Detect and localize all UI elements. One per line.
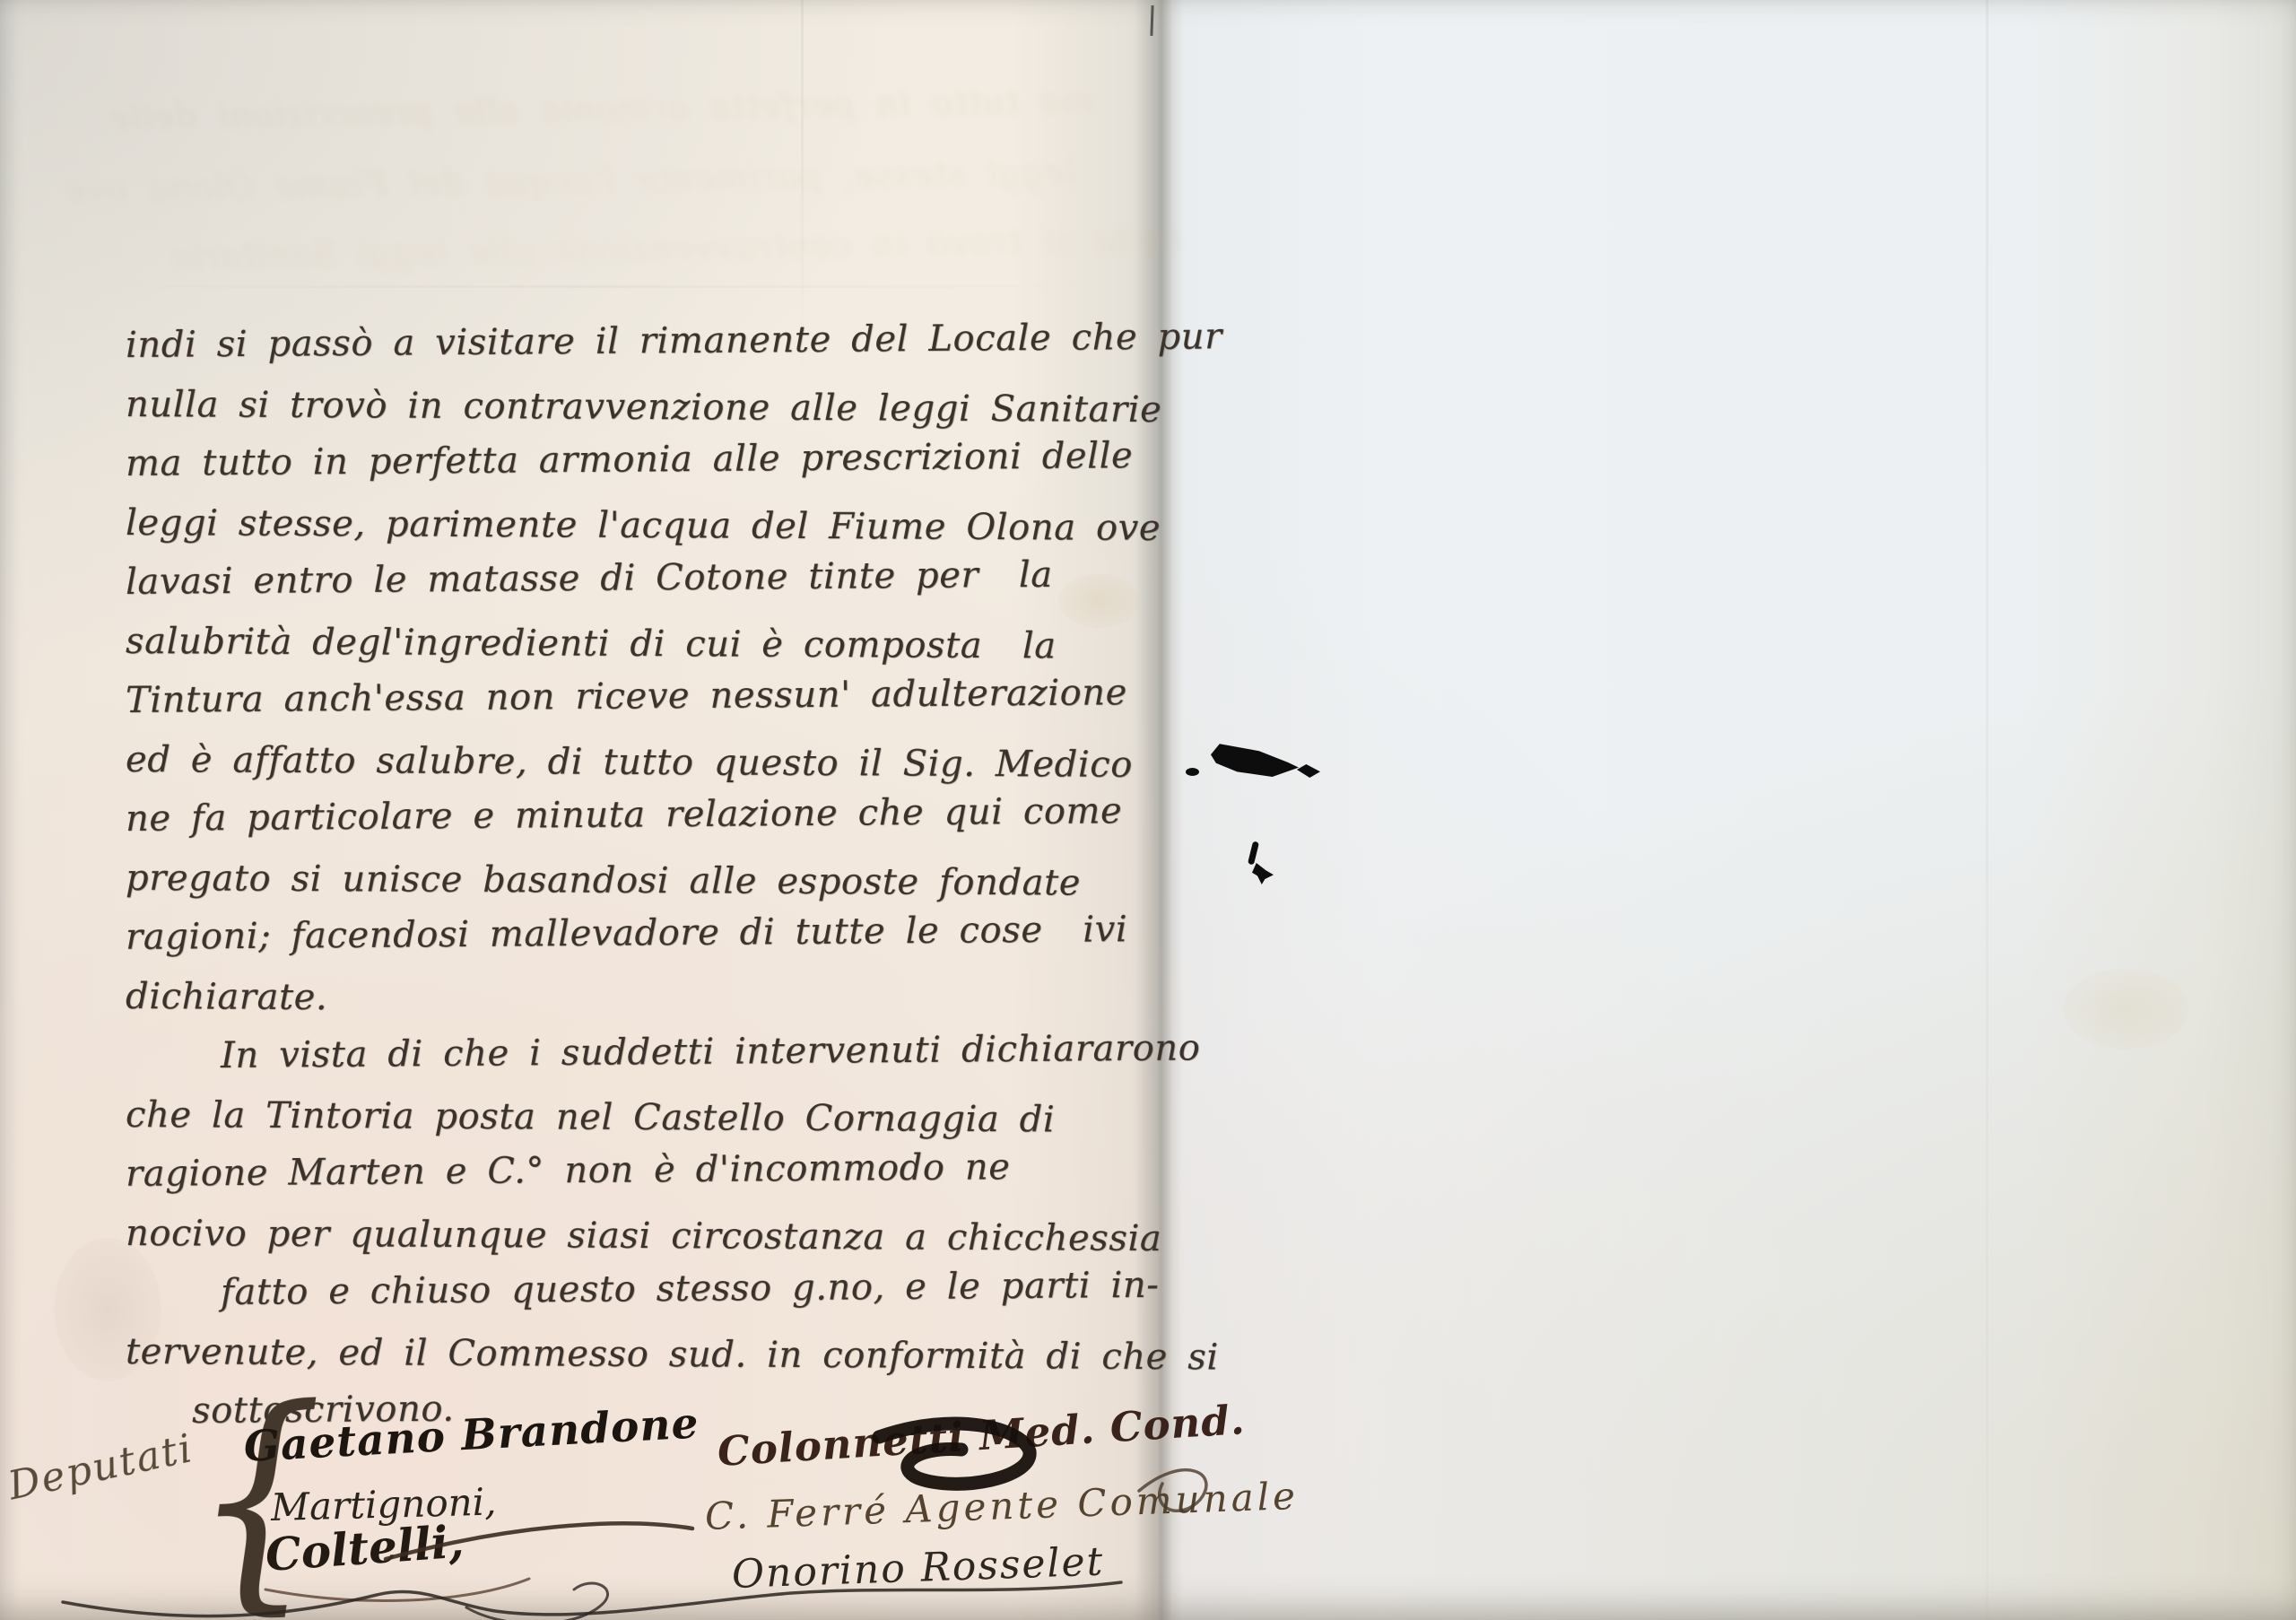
- ink-blot: [1248, 841, 1259, 866]
- ink-blot: [1252, 863, 1274, 884]
- manuscript-line: ma tutto in perfetta armonia alle prescr…: [126, 425, 1222, 493]
- ink-blot: [1297, 764, 1320, 778]
- signature-ferre: C. Ferré Agente Comunale: [704, 1474, 1300, 1538]
- manuscript-line: lavasi entro le matasse di Cotone tinte …: [126, 544, 1222, 612]
- rosselet-loop: [466, 1583, 608, 1620]
- manuscript-line: indi si passò a visitare il rimanente de…: [126, 307, 1222, 375]
- top-crease: [54, 285, 1112, 288]
- manuscript-photo: ma tutto in perfetta armonia alle prescr…: [0, 0, 2296, 1620]
- manuscript-line: Tintura anch'essa non riceve nessun' adu…: [126, 662, 1222, 730]
- paper-stain: [2063, 969, 2188, 1050]
- bleedthrough-text: nulla si trovò in contravvenzione alle l…: [807, 219, 1185, 265]
- manuscript-line: ragione Marten e C.° non è d'incommodo n…: [126, 1136, 1222, 1204]
- manuscript-line: In vista di che i suddetti intervenuti d…: [221, 1018, 1222, 1085]
- letter-body: indi si passò a visitare il rimanente de…: [126, 316, 1222, 1441]
- manuscript-line: fatto e chiuso questo stesso g.no, e le …: [221, 1255, 1222, 1322]
- right-page-crease: [1986, 0, 1988, 1620]
- bleedthrough-text: leggi stesse, parimente l'acqua del Fium…: [430, 152, 1077, 204]
- signature-rosselet: Onorino Rosselet: [731, 1539, 1105, 1598]
- ink-blot: [1211, 741, 1299, 777]
- manuscript-line: ragioni; facendosi mallevadore di tutte …: [126, 899, 1222, 967]
- page-fold-mark: [1150, 5, 1153, 36]
- margin-note-deputati: Deputati: [4, 1425, 198, 1509]
- bleedthrough-text: ma tutto in perfetta armonia alle prescr…: [466, 81, 1095, 131]
- manuscript-line: ne fa particolare e minuta relazione che…: [126, 780, 1222, 849]
